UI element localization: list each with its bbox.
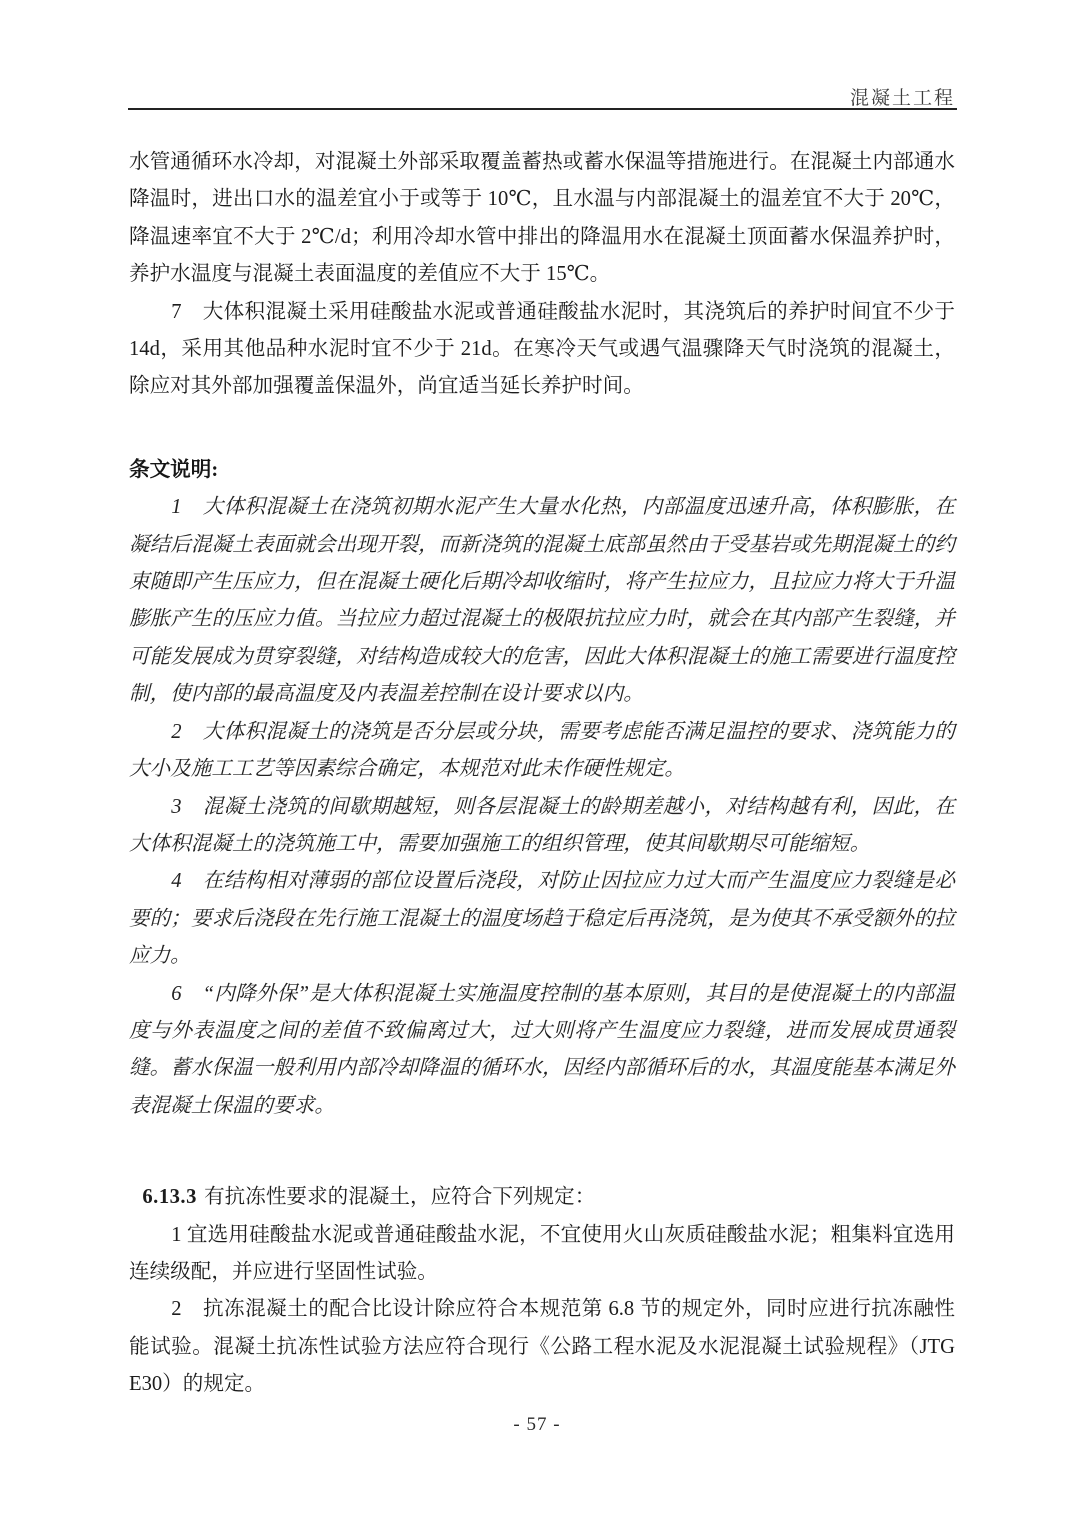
commentary-item-2: 2 大体积混凝土的浇筑是否分层或分块，需要考虑能否满足温控的要求、浇筑能力的大小… <box>129 714 955 789</box>
header-rule <box>128 108 957 110</box>
section-item-1: 1 宜选用硅酸盐水泥或普通硅酸盐水泥，不宜使用火山灰质硅酸盐水泥；粗集料宜选用连… <box>129 1217 955 1292</box>
section-gap <box>129 1125 955 1179</box>
section-gap <box>129 406 955 452</box>
commentary-item-6: 6 “内降外保”是大体积混凝土实施温度控制的基本原则，其目的是使混凝土的内部温度… <box>129 976 955 1126</box>
page-header-title: 混凝土工程 <box>850 83 955 110</box>
section-item-2: 2 抗冻混凝土的配合比设计除应符合本规范第 6.8 节的规定外，同时应进行抗冻融… <box>129 1291 955 1403</box>
body-paragraph-continued: 水管通循环水冷却，对混凝土外部采取覆盖蓄热或蓄水保温等措施进行。在混凝土内部通水… <box>129 144 955 294</box>
document-page: 混凝土工程 水管通循环水冷却，对混凝土外部采取覆盖蓄热或蓄水保温等措施进行。在混… <box>0 0 1074 1520</box>
page-content: 水管通循环水冷却，对混凝土外部采取覆盖蓄热或蓄水保温等措施进行。在混凝土内部通水… <box>129 144 955 1404</box>
commentary-item-1: 1 大体积混凝土在浇筑初期水泥产生大量水化热，内部温度迅速升高，体积膨胀，在凝结… <box>129 489 955 713</box>
commentary-heading: 条文说明: <box>129 452 955 489</box>
commentary-item-3: 3 混凝土浇筑的间歇期越短，则各层混凝土的龄期差越小，对结构越有利，因此，在大体… <box>129 789 955 864</box>
section-heading: 6.13.3有抗冻性要求的混凝土，应符合下列规定： <box>129 1179 955 1216</box>
section-title: 有抗冻性要求的混凝土，应符合下列规定： <box>204 1186 595 1208</box>
page-number: - 57 - <box>0 1414 1074 1436</box>
section-number: 6.13.3 <box>142 1186 196 1208</box>
clause-item-7: 7 大体积混凝土采用硅酸盐水泥或普通硅酸盐水泥时，其浇筑后的养护时间宜不少于 1… <box>129 294 955 406</box>
commentary-item-4: 4 在结构相对薄弱的部位设置后浇段，对防止因拉应力过大而产生温度应力裂缝是必要的… <box>129 863 955 975</box>
